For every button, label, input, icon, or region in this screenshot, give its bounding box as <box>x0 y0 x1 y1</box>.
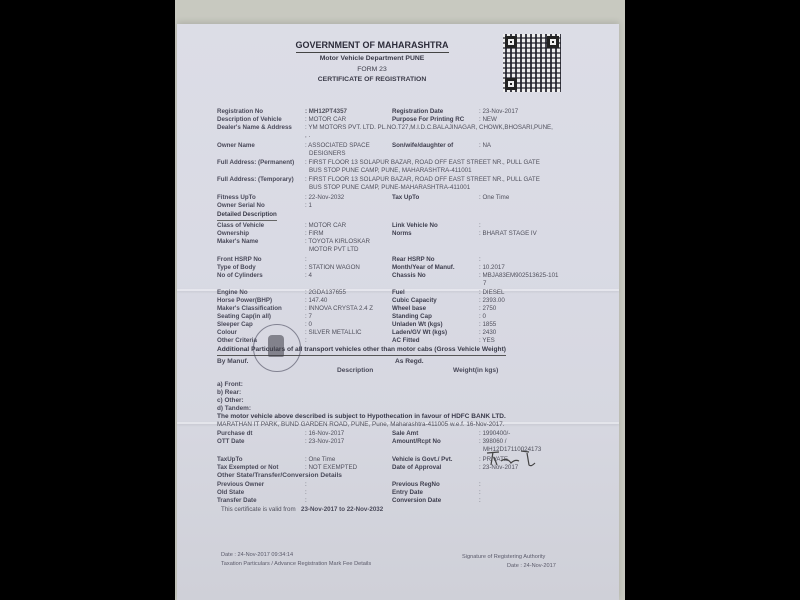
old-state-value: : <box>305 489 307 497</box>
conversion-value: : <box>479 497 481 505</box>
axle-rear: b) Rear: <box>217 389 241 397</box>
taxupto-value: : One Time <box>305 456 335 464</box>
approval-label: Date of Approval <box>392 464 441 472</box>
seating-value: : 7 <box>305 313 312 321</box>
ott-value: : 23-Nov-2017 <box>305 438 344 446</box>
rear-hsrp-label: Rear HSRP No <box>392 256 435 264</box>
colour-label: Colour <box>217 329 237 337</box>
exempt-value: : NOT EXEMPTED <box>305 464 357 472</box>
registration-certificate-paper: GOVERNMENT OF MAHARASHTRA Motor Vehicle … <box>177 24 619 600</box>
manuf-label: Month/Year of Manuf. <box>392 264 455 272</box>
front-hsrp-value: : <box>305 256 307 264</box>
unladen-label: Unladen Wt (kgs) <box>392 321 443 329</box>
fitness-label: Fitness UpTo <box>217 194 256 202</box>
photo-background: GOVERNMENT OF MAHARASHTRA Motor Vehicle … <box>175 0 625 600</box>
ownership-label: Ownership <box>217 230 249 238</box>
perm-address-value: : FIRST FLOOR 13 SOLAPUR BAZAR, ROAD OFF… <box>305 159 540 167</box>
reg-no-value: : MH12PT4357 <box>305 108 347 116</box>
transfer-heading: Other State/Transfer/Conversion Details <box>217 472 342 480</box>
print-date: Date : 24-Nov-2017 09:34:14 <box>221 552 293 558</box>
sleeper-value: : 0 <box>305 321 312 329</box>
desc-label: Description of Vehicle <box>217 116 282 124</box>
validity-range: 23-Nov-2017 to 22-Nov-2032 <box>301 506 383 514</box>
cylinders-value: : 4 <box>305 272 312 280</box>
relation-label: Son/wife/daughter of <box>392 142 453 150</box>
sale-label: Sale Amt <box>392 430 418 438</box>
signature-date: Date : 24-Nov-2017 <box>507 563 556 569</box>
hp-label: Horse Power(BHP) <box>217 297 272 305</box>
dealer-label: Dealer's Name & Address <box>217 124 292 132</box>
reg-date-value: : 23-Nov-2017 <box>479 108 518 116</box>
signature-icon <box>485 449 545 469</box>
form-number: FORM 23 <box>217 66 527 74</box>
govt-label: Vehicle is Govt./ Pvt. <box>392 456 453 464</box>
serial-value: : 1 <box>305 202 312 210</box>
ac-label: AC Fitted <box>392 337 420 345</box>
body-label: Type of Body <box>217 264 256 272</box>
taxupto-label: TaxUpTo <box>217 456 243 464</box>
hypothecation-text: The motor vehicle above described is sub… <box>217 413 506 421</box>
front-hsrp-label: Front HSRP No <box>217 256 262 264</box>
maker-class-label: Maker's Classification <box>217 305 282 313</box>
by-manuf-label: By Manuf. <box>217 358 249 366</box>
perm-address-cont: BUS STOP PUNE CAMP, PUNE, MAHARASHTRA-41… <box>309 167 472 175</box>
temp-address-label: Full Address: (Temporary) <box>217 176 294 184</box>
serial-label: Owner Serial No <box>217 202 265 210</box>
signature-label: Signature of Registering Authority <box>462 554 545 560</box>
fuel-label: Fuel <box>392 289 405 297</box>
sale-value: : 1990400/- <box>479 430 510 438</box>
qr-code-icon <box>503 34 561 92</box>
chassis-value: : MBJA83EM902513625-101 <box>479 272 558 280</box>
other-criteria-label: Other Criteria <box>217 337 257 345</box>
exempt-label: Tax Exempted or Not <box>217 464 278 472</box>
maker-label: Maker's Name <box>217 238 258 246</box>
axle-front: a) Front: <box>217 381 243 389</box>
conversion-label: Conversion Date <box>392 497 441 505</box>
dealer-value-cont: , . <box>305 132 310 140</box>
dealer-value: : YM MOTORS PVT. LTD. PL.NO.T27,M.I.D.C.… <box>305 124 553 132</box>
rcpt-label: Amount/Rcpt No <box>392 438 441 446</box>
axle-tandem: d) Tandem: <box>217 405 251 413</box>
tax-label: Tax UpTo <box>392 194 419 202</box>
cylinders-label: No of Cylinders <box>217 272 263 280</box>
prev-reg-value: : <box>479 481 481 489</box>
chassis-value-cont: 7 <box>483 280 486 288</box>
purpose-label: Purpose For Printing RC <box>392 116 464 124</box>
transfer-date-label: Transfer Date <box>217 497 257 505</box>
transfer-date-value: : <box>305 497 307 505</box>
chassis-label: Chassis No <box>392 272 426 280</box>
taxation-particulars: Taxation Particulars / Advance Registrat… <box>221 561 371 567</box>
entry-value: : <box>479 489 481 497</box>
colour-value: : SILVER METALLIC <box>305 329 362 337</box>
description-header: Description <box>337 367 373 375</box>
hp-value: : 147.40 <box>305 297 327 305</box>
entry-label: Entry Date <box>392 489 423 497</box>
ott-label: OTT Date <box>217 438 245 446</box>
body-value: : STATION WAGON <box>305 264 360 272</box>
rear-hsrp-value: : <box>479 256 481 264</box>
standing-label: Standing Cap <box>392 313 432 321</box>
wheelbase-label: Wheel base <box>392 305 426 313</box>
fitness-value: : 22-Nov-2032 <box>305 194 344 202</box>
cc-label: Cubic Capacity <box>392 297 437 305</box>
temp-address-value: : FIRST FLOOR 13 SOLAPUR BAZAR, ROAD OFF… <box>305 176 540 184</box>
ac-value: : YES <box>479 337 495 345</box>
prev-owner-value: : <box>305 481 307 489</box>
perm-address-label: Full Address: (Permanent) <box>217 159 294 167</box>
hypothecation-address: MARATHAN IT PARK, BUND GARDEN ROAD, PUNE… <box>217 421 505 429</box>
owner-label: Owner Name <box>217 142 255 150</box>
detailed-description-heading: Detailed Description <box>217 211 277 221</box>
maker-value: : TOYOTA KIRLOSKAR <box>305 238 370 246</box>
government-title: GOVERNMENT OF MAHARASHTRA <box>296 40 449 53</box>
link-label: Link Vehicle No <box>392 222 438 230</box>
laden-label: Laden/GV Wt (kgs) <box>392 329 447 337</box>
engine-value: : 2GDA137655 <box>305 289 346 297</box>
norms-value: : BHARAT STAGE IV <box>479 230 537 238</box>
department-name: Motor Vehicle Department PUNE <box>217 55 527 63</box>
fuel-value: : DIESEL <box>479 289 504 297</box>
desc-value: : MOTOR CAR <box>305 116 346 124</box>
certificate-document: GOVERNMENT OF MAHARASHTRA Motor Vehicle … <box>217 36 577 85</box>
prev-owner-label: Previous Owner <box>217 481 264 489</box>
owner-value: : ASSOCIATED SPACE <box>305 142 370 150</box>
standing-value: : 0 <box>479 313 486 321</box>
ownership-value: : FIRM <box>305 230 324 238</box>
validity-prefix: This certificate is valid from <box>221 506 296 514</box>
purchase-value: : 16-Nov-2017 <box>305 430 344 438</box>
temp-address-cont: BUS STOP PUNE CAMP, PUNE-MAHARASHTRA-411… <box>309 184 470 192</box>
sleeper-label: Sleeper Cap <box>217 321 253 329</box>
class-value: : MOTOR CAR <box>305 222 346 230</box>
purchase-label: Purchase dt <box>217 430 252 438</box>
link-value: : <box>479 222 481 230</box>
maker-class-value: : INNOVA CRYSTA 2.4 Z <box>305 305 373 313</box>
certificate-title: CERTIFICATE OF REGISTRATION <box>217 76 527 84</box>
reg-no-label: Registration No <box>217 108 263 116</box>
relation-value: : NA <box>479 142 491 150</box>
norms-label: Norms <box>392 230 412 238</box>
old-state-label: Old State <box>217 489 244 497</box>
other-criteria-value: : <box>305 337 307 345</box>
rcpt-value: : 398060 / <box>479 438 507 446</box>
reg-date-label: Registration Date <box>392 108 443 116</box>
weight-header: Weight(in kgs) <box>453 367 498 375</box>
wheelbase-value: : 2750 <box>479 305 496 313</box>
seating-label: Seating Cap(in all) <box>217 313 271 321</box>
as-regd-label: As Regd. <box>395 358 424 366</box>
engine-label: Engine No <box>217 289 248 297</box>
purpose-value: : NEW <box>479 116 497 124</box>
cc-value: : 2393.00 <box>479 297 505 305</box>
maker-value-cont: MOTOR PVT LTD <box>309 246 359 254</box>
laden-value: : 2430 <box>479 329 496 337</box>
prev-reg-label: Previous RegNo <box>392 481 440 489</box>
axle-other: c) Other: <box>217 397 244 405</box>
class-label: Class of Vehicle <box>217 222 264 230</box>
owner-value-cont: DESIGNERS <box>309 150 345 158</box>
tax-value: : One Time <box>479 194 509 202</box>
rto-seal-stamp <box>253 324 301 372</box>
manuf-value: : 10.2017 <box>479 264 505 272</box>
unladen-value: : 1855 <box>479 321 496 329</box>
